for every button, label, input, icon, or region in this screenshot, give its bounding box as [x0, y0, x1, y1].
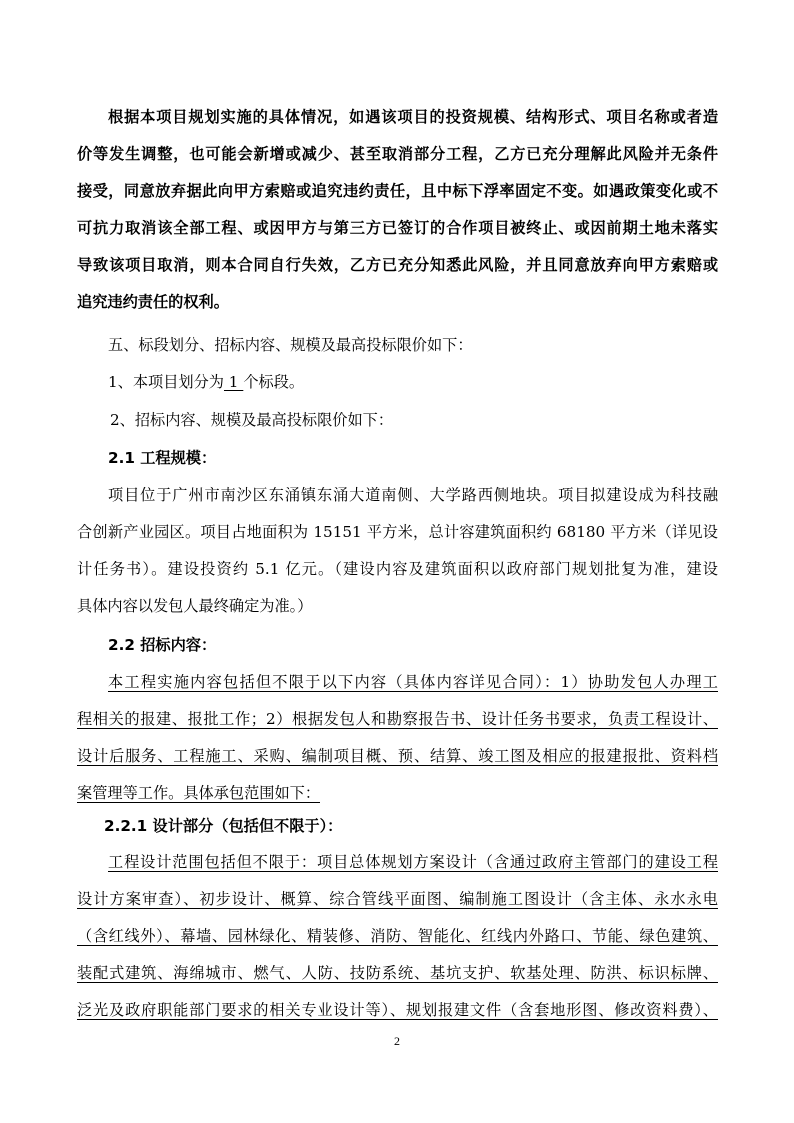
risk-paragraph-line: 价等发生调整，也可能会新增或减少、甚至取消部分工程，乙方已充分理解此风险并无条件 [77, 142, 718, 166]
item-1-prefix: 1、本项目划分为 [108, 373, 224, 391]
risk-paragraph-line: 可抗力取消该全部工程、或因甲方与第三方已签订的合作项目被终止、或因前期土地未落实 [77, 216, 718, 240]
scale-paragraph-line: 合创新产业园区。项目占地面积为 15151 平方米，总计容建筑面积约 68180… [77, 520, 718, 544]
content-paragraph-line: 案管理等工作。具体承包范围如下： [77, 781, 718, 805]
design-paragraph-line: 泛光及政府职能部门要求的相关专业设计等）、规划报建文件（含套地形图、修改资料费）… [77, 998, 718, 1022]
design-paragraph-line: 工程设计范围包括但不限于：项目总体规划方案设计（含通过政府主管部门的建设工程 [108, 850, 718, 874]
design-paragraph-line: 设计方案审查）、初步设计、概算、综合管线平面图、编制施工图设计（含主体、永水永电 [77, 887, 718, 911]
design-paragraph-line: 装配式建筑、海绵城市、燃气、人防、技防系统、基坑支护、软基处理、防洪、标识标牌、 [77, 961, 718, 985]
section-title: 五、标段划分、招标内容、规模及最高投标限价如下： [108, 333, 749, 357]
heading-2-2: 2.2 招标内容： [108, 633, 749, 657]
risk-paragraph-line: 追究违约责任的权利。 [77, 290, 718, 314]
scale-paragraph-line: 计任务书）。建设投资约 5.1 亿元。（建设内容及建筑面积以政府部门规划批复为准… [77, 557, 718, 581]
page-number: 2 [390, 1033, 404, 1049]
item-2: 2、招标内容、规模及最高投标限价如下： [110, 408, 751, 432]
content-paragraph-line: 本工程实施内容包括但不限于以下内容（具体内容详见合同）：1）协助发包人办理工 [108, 670, 718, 694]
document-page: 根据本项目规划实施的具体情况，如遇该项目的投资规模、结构形式、项目名称或者造 价… [0, 0, 794, 1123]
design-paragraph-line: （含红线外）、幕墙、园林绿化、精装修、消防、智能化、红线内外路口、节能、绿色建筑… [77, 924, 718, 948]
risk-paragraph-line: 根据本项目规划实施的具体情况，如遇该项目的投资规模、结构形式、项目名称或者造 [108, 105, 718, 129]
item-1-suffix: 个标段。 [243, 373, 304, 391]
item-1: 1、本项目划分为 1 个标段。 [108, 370, 749, 394]
heading-2-2-1: 2.2.1 设计部分（包括但不限于）： [104, 814, 745, 838]
scale-paragraph-line: 具体内容以发包人最终确定为准。） [77, 594, 718, 618]
risk-paragraph-line: 导致该项目取消，则本合同自行失效，乙方已充分知悉此风险，并且同意放弃向甲方索赔或 [77, 253, 718, 277]
risk-paragraph-line: 接受，同意放弃据此向甲方索赔或追究违约责任，且中标下浮率固定不变。如遇政策变化或… [77, 179, 718, 203]
heading-2-1: 2.1 工程规模： [108, 446, 749, 470]
content-paragraph-line: 设计后服务、工程施工、采购、编制项目概、预、结算、竣工图及相应的报建报批、资料档 [77, 744, 718, 768]
content-paragraph-line: 程相关的报建、报批工作；2）根据发包人和勘察报告书、设计任务书要求，负责工程设计… [77, 707, 718, 731]
lot-count-value: 1 [224, 373, 243, 391]
scale-paragraph-line: 项目位于广州市南沙区东涌镇东涌大道南侧、大学路西侧地块。项目拟建设成为科技融 [108, 483, 718, 507]
